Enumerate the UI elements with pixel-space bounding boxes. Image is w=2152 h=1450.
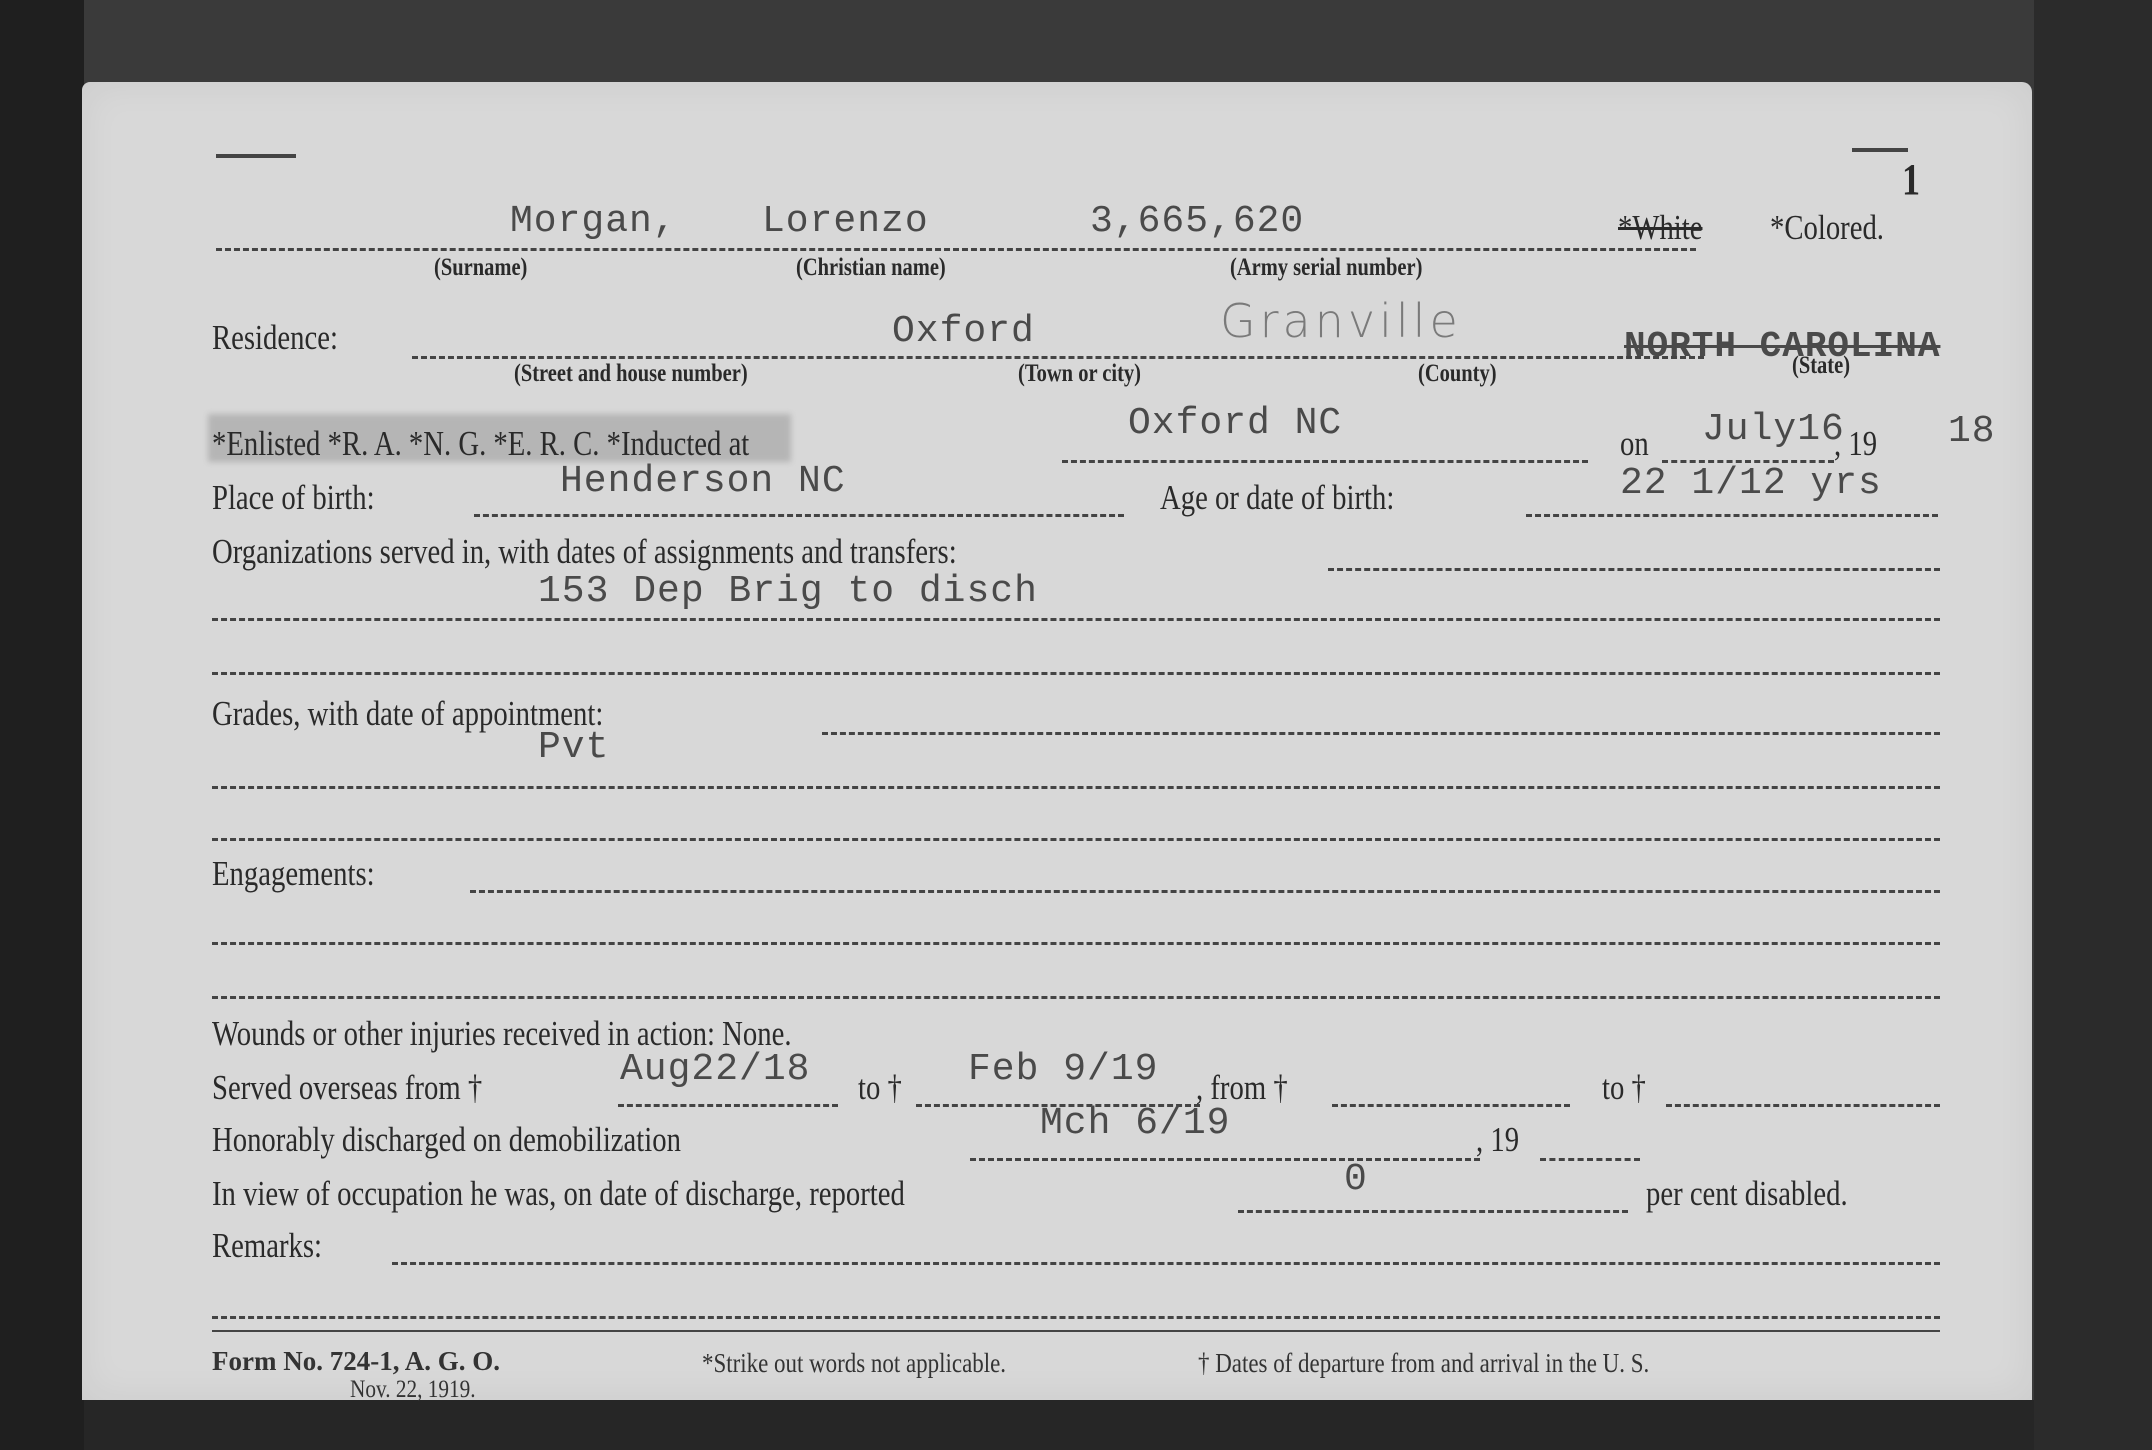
organizations-value: 153 Dep Brig to disch — [538, 570, 1038, 613]
residence-state-value: NORTH CAROLINA — [1624, 326, 1940, 367]
overseas-from-label: Served overseas from † — [212, 1068, 482, 1108]
scanner-background-right — [2034, 0, 2152, 1450]
disability-label: In view of occupation he was, on date of… — [212, 1174, 905, 1214]
induction-label: *Enlisted *R. A. *N. G. *E. R. C. *Induc… — [212, 424, 749, 464]
organizations-label: Organizations served in, with dates of a… — [212, 532, 957, 572]
grades-line-3 — [212, 838, 1940, 841]
remarks-line-1 — [392, 1262, 1940, 1265]
discharge-year-line — [1540, 1158, 1640, 1161]
birth-place-value: Henderson NC — [560, 460, 846, 503]
dates-note: † Dates of departure from and arrival in… — [1198, 1348, 1649, 1379]
christian-name-label: (Christian name) — [796, 254, 946, 282]
grades-value: Pvt — [538, 726, 609, 769]
age-label: Age or date of birth: — [1160, 478, 1394, 518]
remarks-line-2 — [212, 1316, 1940, 1319]
residence-line — [412, 356, 1704, 359]
disability-line — [1238, 1210, 1628, 1213]
overseas-to-label: to † — [858, 1068, 902, 1108]
organizations-line-1 — [1328, 568, 1940, 571]
grades-line-1 — [822, 732, 1940, 735]
strike-out-note: *Strike out words not applicable. — [702, 1348, 1006, 1379]
name-line — [216, 248, 1696, 251]
organizations-line-3 — [212, 672, 1940, 675]
surname-value: Morgan, — [510, 200, 677, 243]
birth-place-label: Place of birth: — [212, 478, 375, 518]
engagements-line-3 — [212, 996, 1940, 999]
induction-on-label: on — [1620, 424, 1649, 464]
residence-label: Residence: — [212, 318, 338, 358]
residence-county-value: Granville — [1220, 294, 1462, 348]
discharge-label: Honorably discharged on demobilization — [212, 1120, 681, 1160]
overseas-from-value: Aug22/18 — [620, 1048, 810, 1091]
overseas-to-value: Feb 9/19 — [968, 1048, 1158, 1091]
town-label: (Town or city) — [1018, 360, 1141, 388]
induction-place-value: Oxford NC — [1128, 402, 1342, 445]
overseas-to2-label: to † — [1602, 1068, 1646, 1108]
discharge-year-suffix: , 19 — [1476, 1120, 1519, 1160]
disability-value: 0 — [1344, 1158, 1368, 1201]
overseas-from-line — [618, 1104, 838, 1107]
footer-rule — [212, 1330, 1940, 1332]
surname-label: (Surname) — [434, 254, 527, 282]
age-line — [1526, 514, 1938, 517]
engagements-line-2 — [212, 942, 1940, 945]
grades-line-2 — [212, 786, 1940, 789]
remarks-label: Remarks: — [212, 1226, 322, 1266]
serial-number-value: 3,665,620 — [1090, 200, 1304, 243]
overseas-from2-line — [1332, 1104, 1570, 1107]
induction-year-prefix: , 19 — [1834, 424, 1877, 464]
discharge-date-line — [970, 1158, 1480, 1161]
induction-year-value: 18 — [1948, 410, 1996, 453]
birth-place-line — [474, 514, 1124, 517]
street-label: (Street and house number) — [514, 360, 748, 388]
service-record-card: 1 Morgan, Lorenzo 3,665,620 (Surname) (C… — [82, 82, 2032, 1400]
serial-number-label: (Army serial number) — [1230, 254, 1422, 282]
race-colored: *Colored. — [1770, 208, 1884, 248]
scanner-background-bottom — [84, 1400, 2034, 1450]
overseas-to2-line — [1666, 1104, 1940, 1107]
scanner-background-left — [0, 0, 84, 1450]
organizations-line-2 — [212, 618, 1940, 621]
engagements-line-1 — [470, 890, 1940, 893]
christian-name-value: Lorenzo — [762, 200, 929, 243]
induction-date-value: July16 — [1702, 408, 1845, 451]
induction-place-line — [1062, 460, 1588, 463]
discharge-date-value: Mch 6/19 — [1040, 1102, 1230, 1145]
state-label: (State) — [1792, 352, 1850, 380]
age-value: 22 1/12 yrs — [1620, 462, 1882, 505]
race-white-struck: *White — [1618, 208, 1702, 248]
form-number: Form No. 724-1, A. G. O. — [212, 1346, 500, 1377]
residence-town-value: Oxford — [892, 310, 1035, 353]
disability-suffix: per cent disabled. — [1646, 1174, 1848, 1214]
card-number: 1 — [1902, 154, 1920, 205]
form-date: Nov. 22, 1919. — [350, 1376, 476, 1404]
county-label: (County) — [1418, 360, 1497, 388]
engagements-label: Engagements: — [212, 854, 375, 894]
header-rule-right — [1852, 148, 1908, 152]
header-rule-left — [216, 154, 296, 158]
